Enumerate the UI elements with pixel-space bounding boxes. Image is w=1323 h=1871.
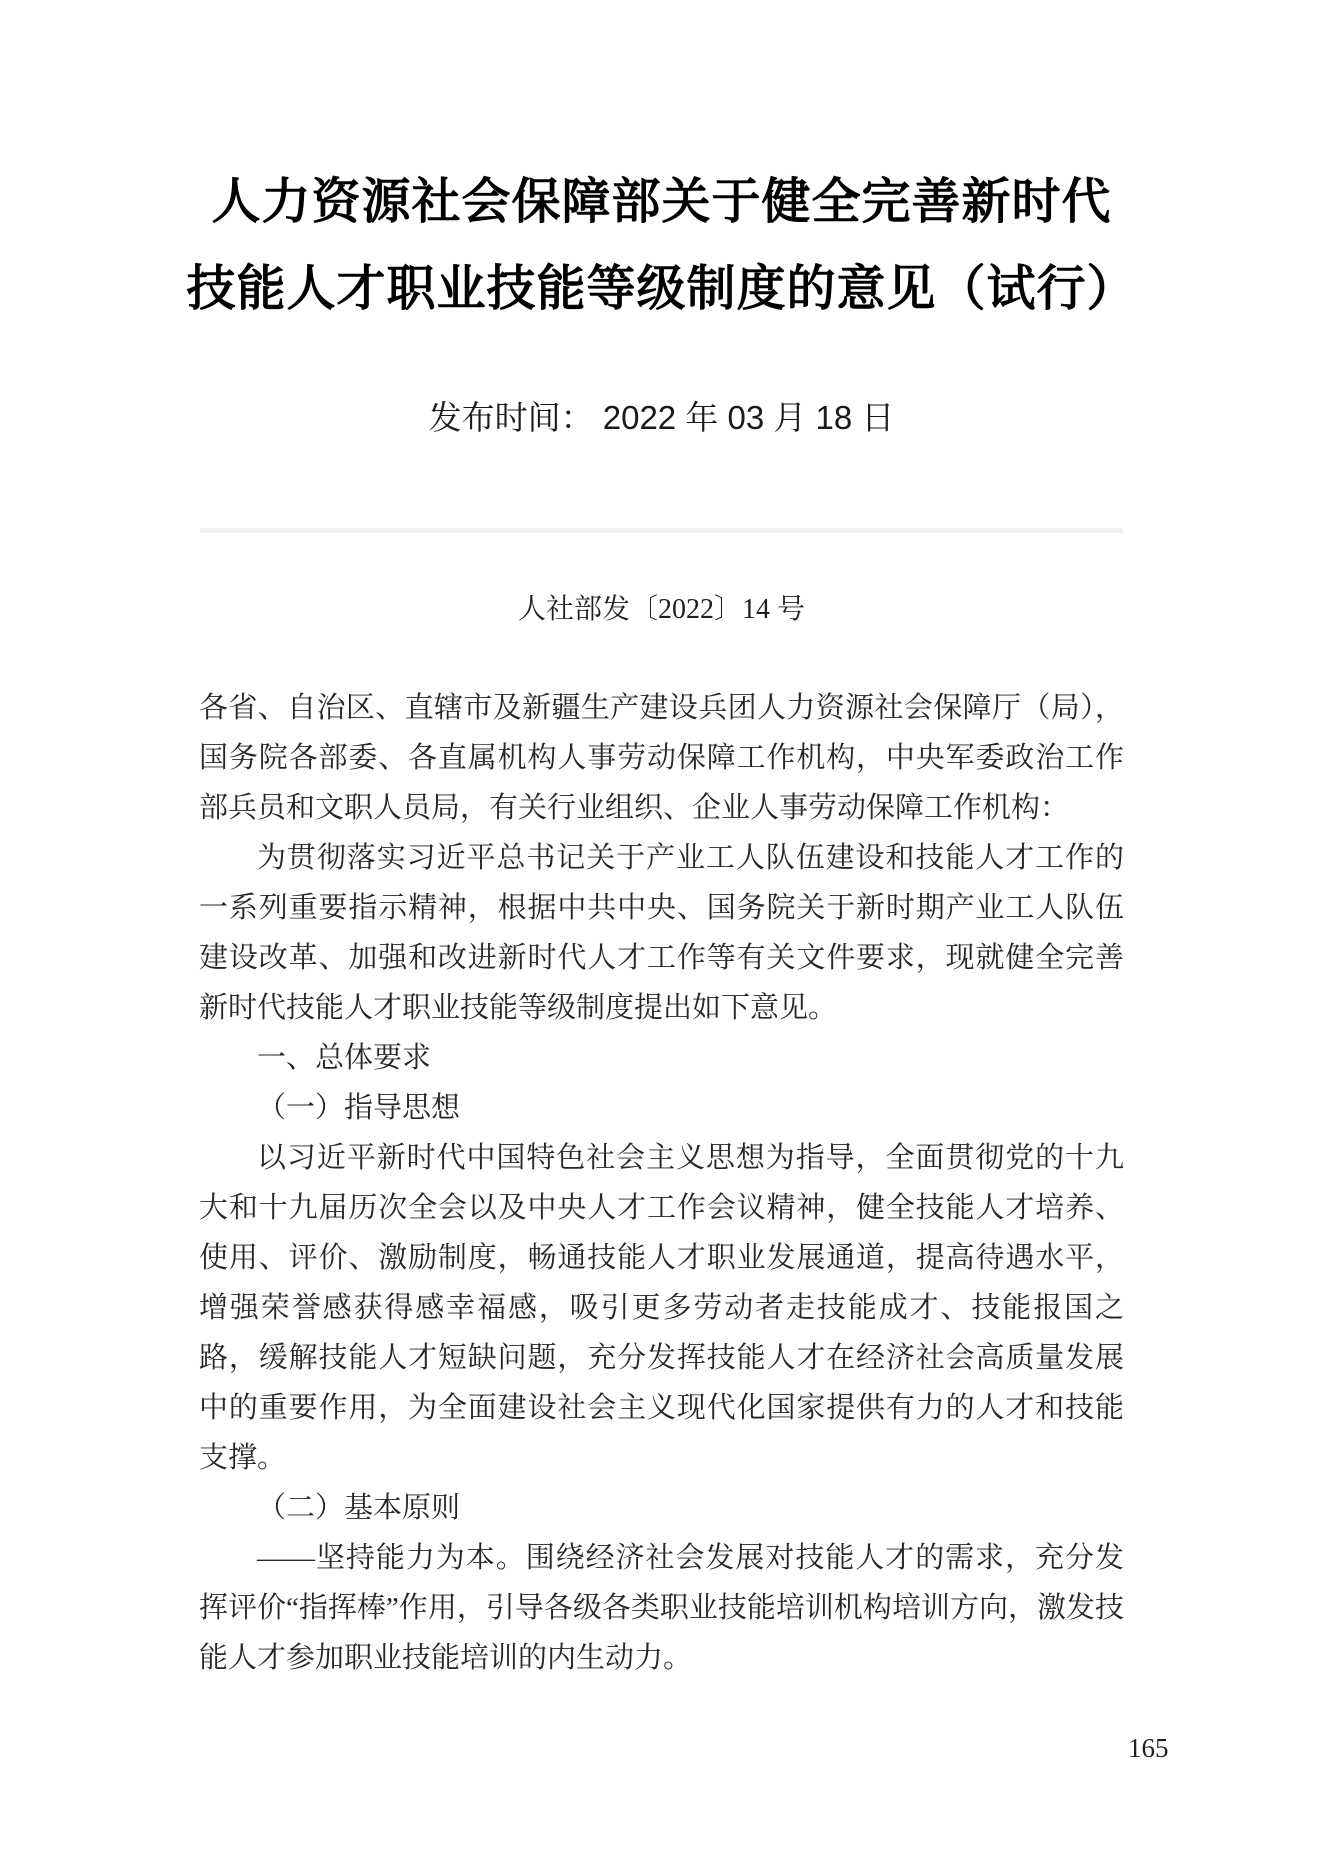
paragraph-guiding-ideology: 以习近平新时代中国特色社会主义思想为指导，全面贯彻党的十九大和十九届历次全会以及… <box>199 1133 1124 1483</box>
horizontal-divider <box>200 528 1123 533</box>
page-number: 165 <box>1128 1731 1169 1765</box>
document-page: 人力资源社会保障部关于健全完善新时代 技能人才职业技能等级制度的意见（试行） 发… <box>0 0 1323 1871</box>
page-title-line-1: 人力资源社会保障部关于健全完善新时代 <box>100 158 1223 245</box>
heading-section-1: 一、总体要求 <box>199 1033 1124 1083</box>
page-title: 人力资源社会保障部关于健全完善新时代 技能人才职业技能等级制度的意见（试行） <box>100 158 1223 332</box>
document-number: 人社部发〔2022〕14 号 <box>200 590 1123 630</box>
heading-subsection-2: （二）基本原则 <box>199 1483 1124 1533</box>
page-title-line-2: 技能人才职业技能等级制度的意见（试行） <box>100 245 1223 332</box>
paragraph-basic-principles: ——坚持能力为本。围绕经济社会发展对技能人才的需求，充分发挥评价“指挥棒”作用，… <box>199 1533 1124 1683</box>
publish-date: 发布时间： 2022 年 03 月 18 日 <box>100 396 1223 440</box>
heading-subsection-1: （一）指导思想 <box>199 1083 1124 1133</box>
paragraph-addressees: 各省、自治区、直辖市及新疆生产建设兵团人力资源社会保障厅（局），国务院各部委、各… <box>199 683 1124 833</box>
document-body: 各省、自治区、直辖市及新疆生产建设兵团人力资源社会保障厅（局），国务院各部委、各… <box>199 683 1124 1683</box>
paragraph-intro: 为贯彻落实习近平总书记关于产业工人队伍建设和技能人才工作的一系列重要指示精神，根… <box>199 833 1124 1033</box>
